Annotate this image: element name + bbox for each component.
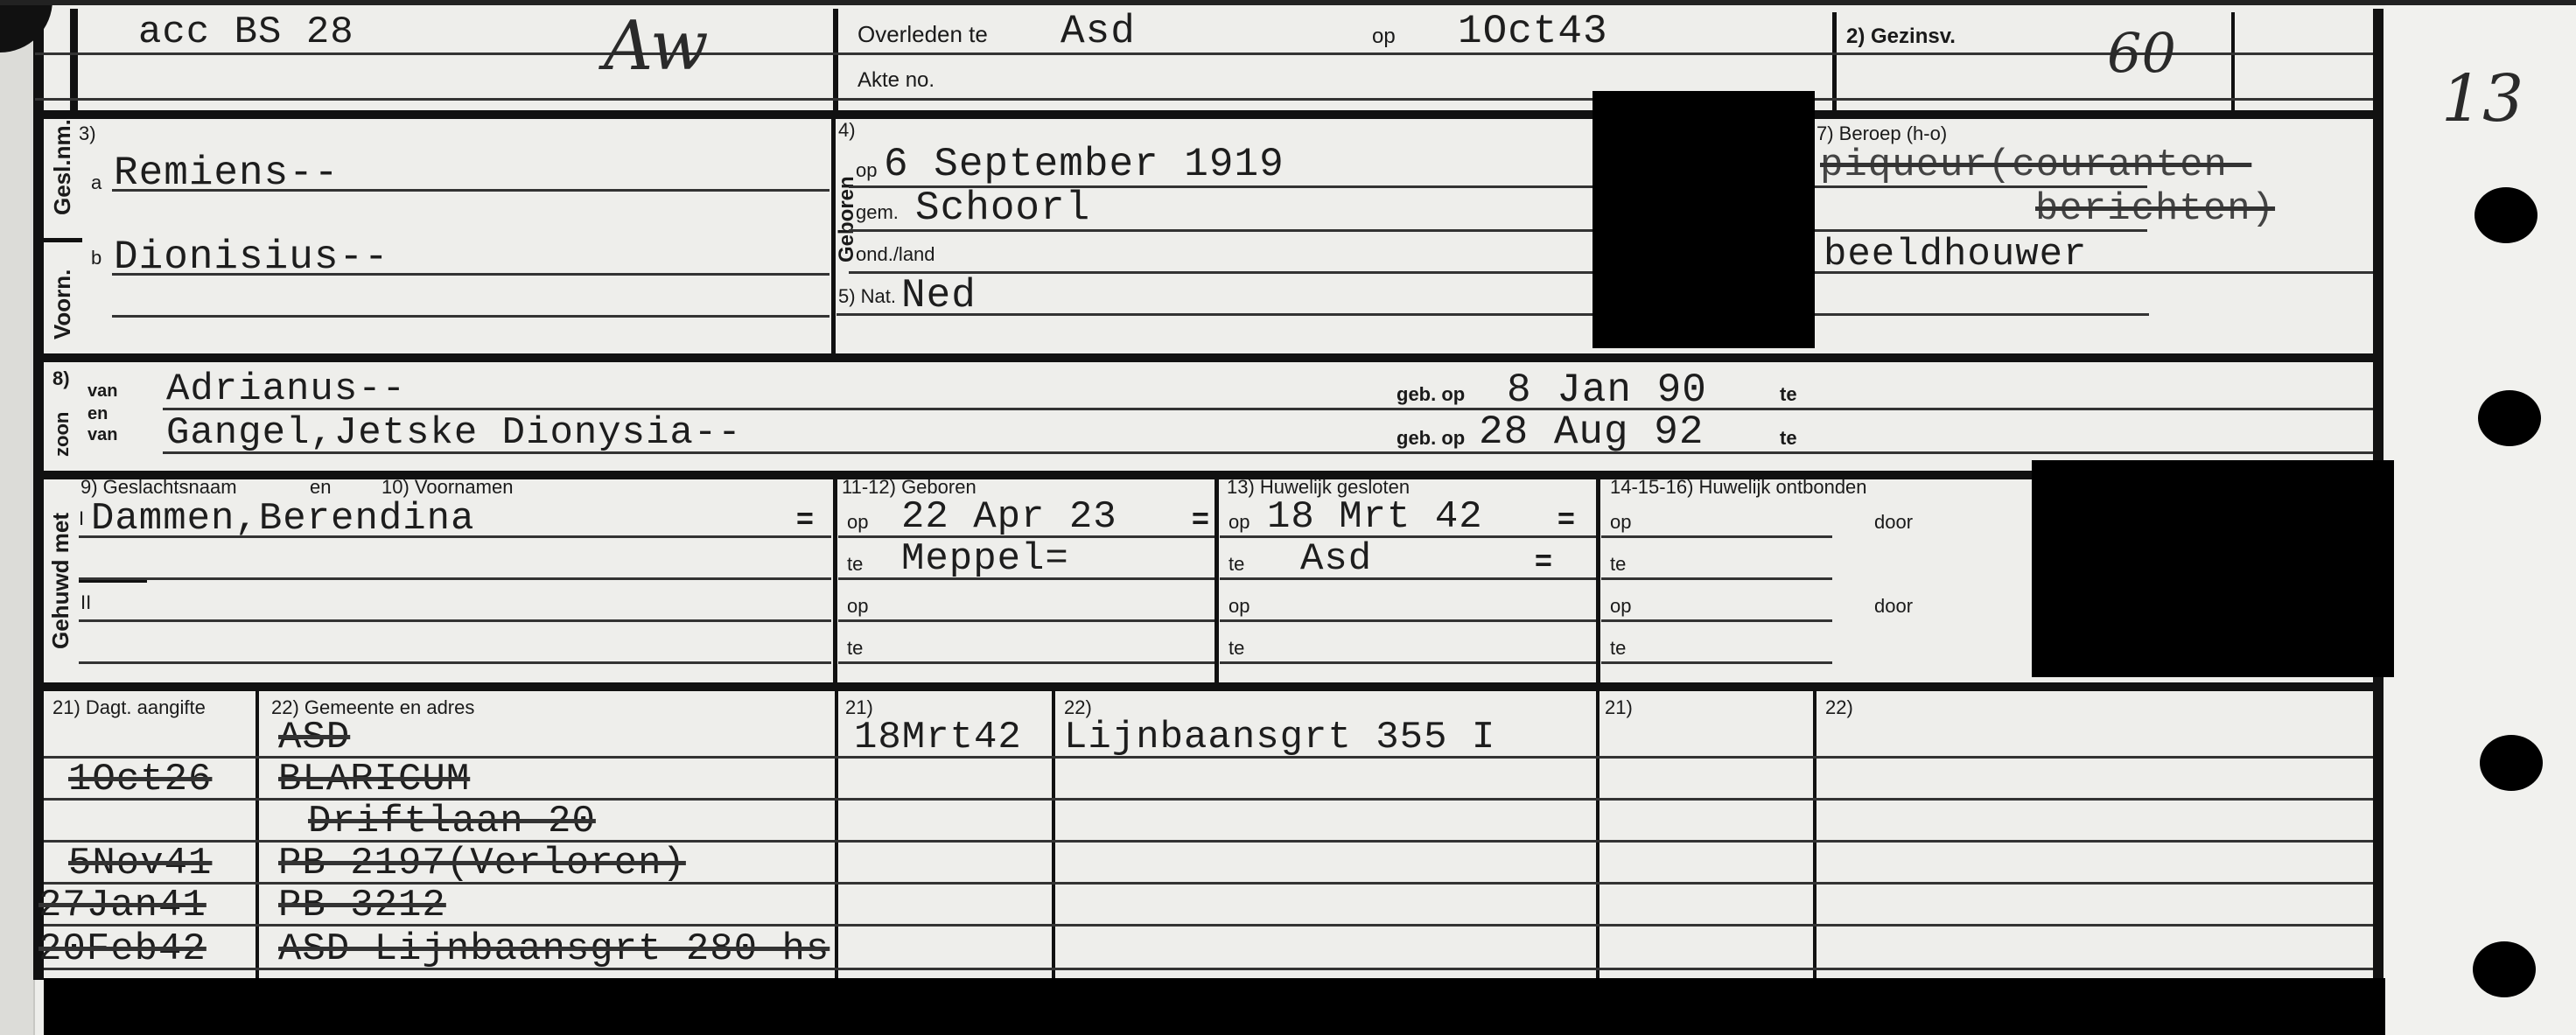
card-left-edge — [0, 0, 35, 1035]
current-occupation: beeldhouwer — [1823, 233, 2087, 276]
header-divider — [70, 9, 78, 112]
page-number: 13 — [2441, 61, 2523, 136]
dissolved2-op-label: op — [1610, 595, 1631, 618]
side-divider — [44, 238, 82, 242]
gezinsv-value: 60 — [2107, 21, 2176, 85]
address-date: 20Feb42 — [38, 927, 206, 971]
dissolved-door-label: door — [1874, 511, 1913, 534]
binder-hole — [2480, 735, 2543, 791]
married-te-label: te — [1228, 553, 1244, 576]
rule — [163, 451, 2373, 454]
firstname-side-label: Voorn. — [49, 269, 76, 339]
rule — [79, 577, 831, 580]
spouse-birth-date: 22 Apr 23 — [901, 495, 1117, 539]
ond-land-label: ond./land — [856, 243, 935, 266]
surname-col-label: 9) Geslachtsnaam — [80, 476, 237, 499]
birth-municipality: Schoorl — [915, 185, 1090, 231]
rule — [79, 619, 831, 622]
ditto-mark: = — [1192, 502, 1209, 536]
nationality: Ned — [901, 273, 976, 318]
card-top-edge — [0, 0, 2576, 5]
rule — [838, 577, 1214, 580]
father-te-label: te — [1780, 383, 1797, 406]
redacted-block — [1592, 91, 1815, 348]
redacted-block — [2032, 460, 2394, 677]
signature: Aw — [604, 7, 709, 86]
address-col-divider — [1596, 689, 1599, 978]
rule — [1220, 661, 1596, 664]
surname-marker: a — [91, 171, 101, 194]
gezinsv-label: 2) Gezinsv. — [1846, 24, 1956, 49]
surname-side-label: Gesl.nm. — [49, 119, 76, 215]
rule — [163, 408, 2373, 410]
binder-hole — [2474, 187, 2537, 243]
married-op-label: op — [1228, 511, 1249, 534]
frame-left-border — [33, 9, 44, 980]
reference-code: acc BS 28 — [138, 10, 354, 54]
card-right-margin — [2385, 0, 2576, 1035]
address-date: 5Nov41 — [68, 842, 212, 885]
current-address: Lijnbaansgrt 355 I — [1064, 716, 1495, 759]
date-col-label: 21) Dagt. aangifte — [52, 696, 206, 719]
birth-op-label: op — [856, 159, 877, 182]
header-divider — [833, 9, 838, 112]
previous-occupation-line2: berichten) — [2035, 187, 2275, 231]
dissolved-op-label: op — [1610, 511, 1631, 534]
overleden-date: 1Oct43 — [1458, 9, 1608, 54]
mother-name: Gangel,Jetske Dionysia-- — [166, 411, 742, 455]
rule — [112, 315, 829, 318]
married2-te-label: te — [1228, 637, 1244, 660]
rule — [112, 273, 829, 276]
spouse2-born-op-label: op — [847, 595, 868, 618]
overleden-label: Overleden te — [857, 21, 988, 48]
redacted-block — [44, 978, 2385, 1035]
rule — [1601, 577, 1832, 580]
dissolved2-door-label: door — [1874, 595, 1913, 618]
occupation-label: 7) Beroep (h-o) — [1816, 122, 1947, 145]
rule — [849, 229, 2147, 232]
header-divider — [2231, 12, 2235, 110]
section-8-number: 8) — [52, 367, 70, 390]
married2-op-label: op — [1228, 595, 1249, 618]
rule — [1220, 535, 1596, 538]
en-col-label: en — [310, 476, 331, 499]
header-rule — [35, 52, 2373, 55]
rule — [1816, 271, 2373, 274]
rule — [1220, 619, 1596, 622]
spouse-birth-place: Meppel= — [901, 537, 1069, 581]
rule — [112, 189, 829, 192]
ditto-mark: = — [796, 502, 814, 536]
en-label: en — [87, 404, 108, 424]
section-border — [35, 682, 2373, 691]
rule — [79, 661, 831, 664]
binder-hole — [2473, 941, 2536, 997]
overleden-place: Asd — [1060, 9, 1136, 54]
spouse-born-te-label: te — [847, 553, 863, 576]
section-3-number: 3) — [79, 122, 96, 145]
address-col-divider — [1052, 689, 1055, 978]
ditto-mark: = — [1557, 502, 1575, 536]
address-col-divider — [255, 689, 259, 978]
address-entry: PB 3212 — [278, 884, 446, 927]
address-entry: Driftlaan 20 — [308, 800, 596, 843]
previous-occupation-line1: piqueur(couranten- — [1820, 143, 2251, 187]
date-col-3-label: 21) — [1605, 696, 1633, 719]
birth-gem-label: gem. — [856, 201, 899, 224]
section-4-number: 4) — [838, 119, 856, 142]
overleden-op-label: op — [1372, 24, 1396, 49]
section-border — [35, 110, 2373, 119]
rule — [838, 661, 1214, 664]
address-date: 27Jan41 — [38, 884, 206, 927]
rule — [79, 535, 831, 538]
akte-label: Akte no. — [857, 68, 934, 93]
rule — [1601, 535, 1832, 538]
address-date: 1Oct26 — [68, 758, 212, 801]
address-col-divider — [1813, 689, 1816, 978]
father-geb-op-label: geb. op — [1396, 383, 1465, 406]
dissolved-label: 14-15-16) Huwelijk ontbonden — [1610, 476, 1867, 499]
father-van-label: van — [87, 381, 117, 402]
person-registration-card: acc BS 28 Aw Overleden te Asd op 1Oct43 … — [0, 0, 2576, 1035]
card-corner — [0, 0, 52, 52]
firstnames-col-label: 10) Voornamen — [381, 476, 513, 499]
address-col-divider — [835, 689, 838, 978]
gehuwd-side-label: Gehuwd met — [47, 513, 74, 649]
marriage-place: Asd — [1300, 537, 1372, 581]
ditto-mark: = — [1535, 544, 1552, 578]
mother-van-label: van — [87, 425, 117, 445]
section-divider — [1214, 476, 1219, 686]
address-entry: ASD — [278, 716, 350, 759]
address-col-3-label: 22) — [1825, 696, 1853, 719]
marriage-date: 18 Mrt 42 — [1267, 495, 1483, 539]
current-address-date: 18Mrt42 — [854, 716, 1022, 759]
mother-te-label: te — [1780, 427, 1797, 450]
section-divider — [833, 476, 837, 686]
mother-geb-op-label: geb. op — [1396, 427, 1465, 450]
address-entry: BLARICUM — [278, 758, 470, 801]
marriage-2-marker: II — [80, 591, 91, 614]
address-entry: ASD Lijnbaansgrt 280 hs — [278, 927, 829, 971]
father-name: Adrianus-- — [166, 367, 406, 411]
spouse-name: Dammen,Berendina — [91, 497, 474, 541]
rule — [1601, 619, 1832, 622]
spouse-born-op-label: op — [847, 511, 868, 534]
nationality-label: 5) Nat. — [838, 285, 896, 308]
header-rule — [35, 98, 2373, 101]
section-divider — [1596, 476, 1600, 686]
dissolved-te-label: te — [1610, 553, 1626, 576]
rule — [838, 619, 1214, 622]
section-border — [35, 353, 2373, 362]
firstname-marker: b — [91, 247, 101, 269]
mother-birth-date: 28 Aug 92 — [1479, 409, 1704, 455]
rule — [1601, 661, 1832, 664]
father-birth-date: 8 Jan 90 — [1507, 367, 1707, 413]
spouse2-born-te-label: te — [847, 637, 863, 660]
header-divider — [1832, 12, 1837, 110]
birth-date: 6 September 1919 — [884, 142, 1284, 187]
rule — [836, 313, 2149, 316]
address-entry: PB 2197(Verloren) — [278, 842, 686, 885]
dissolved2-te-label: te — [1610, 637, 1626, 660]
marriage-1-marker: I — [79, 507, 84, 530]
zoon-side-label: zoon — [51, 412, 73, 457]
rule — [1220, 577, 1596, 580]
binder-hole — [2478, 390, 2541, 446]
